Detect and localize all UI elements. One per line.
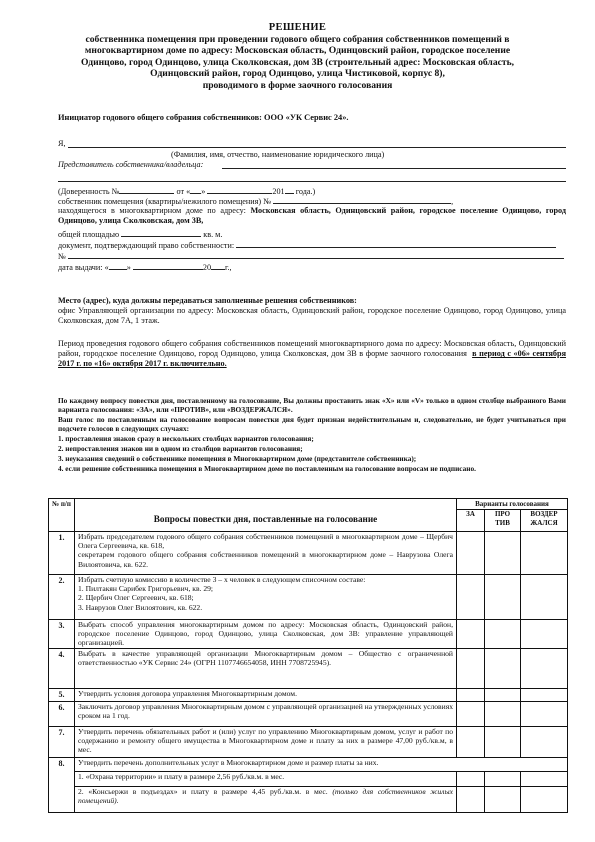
area-label: общей площадью [58,230,119,239]
proxy-year-field[interactable] [285,185,294,194]
issue-year-prefix: 20 [203,263,211,272]
vote-for-cell[interactable] [457,726,485,757]
document-field[interactable] [236,239,556,248]
row-number: 5. [49,688,75,701]
located-label: находящегося в многоквартирном доме по а… [58,206,246,215]
issue-date-line: дата выдачи: «» 20г., [58,261,232,273]
document-title: РЕШЕНИЕ [40,22,555,34]
invalid-case: 1. проставления знаков сразу в нескольки… [58,434,566,443]
period-text: Период проведения годового общего собран… [58,339,566,369]
decision-form-page: РЕШЕНИЕ собственника помещения при прове… [0,0,595,842]
issue-day-field[interactable] [109,261,127,270]
vote-abstain-cell[interactable] [521,575,568,620]
table-row: 4. Выбрать в качестве управляющей органи… [49,648,568,688]
commission-member: 2. Щербич Олег Сергеевич, кв. 618; [78,593,453,602]
table-row: 7. Утвердить перечень обязательных работ… [49,726,568,757]
vote-abstain-cell[interactable] [521,771,568,786]
vote-for-cell[interactable] [457,771,485,786]
owner-name-field[interactable] [68,147,566,148]
commission-member: 1. Пилтакян Сарибек Григорьевич, кв. 29; [78,584,453,593]
document-number-field[interactable] [68,250,564,259]
question-text: секретарем годового общего собрания собс… [78,550,453,568]
table-row: 6. Заключить договор управления Многоква… [49,701,568,726]
document-label: документ, подтверждающий право собственн… [58,241,234,250]
invalid-case: 4. если решение собственника помещения в… [58,464,566,473]
table-row: 3. Выбрать способ управления многокварти… [49,620,568,649]
vote-against-cell[interactable] [485,620,521,649]
row-number: 2. [49,575,75,620]
vote-against-cell[interactable] [485,648,521,688]
vote-for-cell[interactable] [457,575,485,620]
row-question: Выбрать в качестве управляющей организац… [75,648,457,688]
vote-against-cell[interactable] [485,771,521,786]
vote-against-cell[interactable] [485,701,521,726]
row-number: 3. [49,620,75,649]
table-row: 1. Избрать председателем годового общего… [49,532,568,575]
vote-against-cell[interactable] [485,726,521,757]
col-question-header: Вопросы повестки дня, поставленные на го… [75,499,457,532]
submission-text: офис Управляющей организации по адресу: … [58,306,566,326]
col-options-header: Варианты голосования [457,499,568,510]
table-row: 5. Утвердить условия договора управления… [49,688,568,701]
vote-abstain-cell[interactable] [521,786,568,812]
voting-table: № п/п Вопросы повестки дня, поставленные… [48,498,568,813]
row-question: Выбрать способ управления многоквартирны… [75,620,457,649]
issue-month-field[interactable] [133,261,203,270]
subtitle-line: Одинцовский район, город Одинцово, улица… [40,68,555,80]
vote-for-cell[interactable] [457,648,485,688]
area-unit: кв. м. [203,230,222,239]
table-header-row: № п/п Вопросы повестки дня, поставленные… [49,499,568,510]
quote: » [127,263,131,272]
vote-for-cell[interactable] [457,786,485,812]
vote-against-cell[interactable] [485,786,521,812]
table-row: 8. Утвердить перечень дополнительных усл… [49,757,568,771]
row-question: Заключить договор управления Многокварти… [75,701,457,726]
col-against-header: ПРО ТИВ [485,510,521,532]
issue-date-prefix: дата выдачи: « [58,263,109,272]
proxy-number-field[interactable] [119,185,174,194]
question-text: Избрать счетную комиссию в количестве 3 … [78,575,453,584]
row-number: 4. [49,648,75,688]
row-number: 1. [49,532,75,575]
instructions-invalid: Ваш голос по поставленным на голосование… [58,415,566,434]
vote-for-cell[interactable] [457,688,485,701]
vote-abstain-cell[interactable] [521,620,568,649]
invalid-case: 2. непроставления знаков ни в одном из с… [58,444,566,453]
representative-field-line2[interactable] [58,181,566,182]
premises-label: собственник помещения (квартиры/нежилого… [58,197,271,206]
premises-number-field[interactable] [273,195,451,204]
vote-abstain-cell[interactable] [521,701,568,726]
subtitle-line: проводимого в форме заочного голосования [40,80,555,92]
representative-field[interactable] [222,168,566,169]
representative-label: Представитель собственника/владельца: [58,160,203,170]
table-subrow: 1. «Охрана территории» и плату в размере… [49,771,568,786]
vote-abstain-cell[interactable] [521,726,568,757]
i-label: Я, [58,139,66,149]
vote-for-cell[interactable] [457,620,485,649]
submission-heading: Место (адрес), куда должны передаваться … [58,296,357,306]
subtitle-line: собственника помещения при проведении го… [40,34,555,46]
vote-abstain-cell[interactable] [521,532,568,575]
issue-year-field[interactable] [211,261,225,270]
subquestion: 2. «Консьержи в подъездах» и плату в раз… [75,786,457,812]
vote-for-cell[interactable] [457,532,485,575]
invalid-case: 3. неуказания сведений о собственнике по… [58,454,566,463]
instructions-intro: По каждому вопросу повестки дня, поставл… [58,396,566,415]
subquestion-text: 2. «Консьержи в подъездах» и плату в раз… [78,787,328,796]
vote-abstain-cell[interactable] [521,688,568,701]
table-row: 2. Избрать счетную комиссию в количестве… [49,575,568,620]
initiator: Инициатор годового общего собрания собст… [58,113,348,123]
vote-abstain-cell[interactable] [521,648,568,688]
row-question: Утвердить перечень обязательных работ и … [75,726,457,757]
row-number: 6. [49,701,75,726]
vote-for-cell[interactable] [457,701,485,726]
row-question: Утвердить условия договора управления Мн… [75,688,457,701]
col-num-header: № п/п [49,499,75,532]
commission-member: 3. Наврузов Олег Вилоятович, кв. 622. [78,603,453,612]
vote-against-cell[interactable] [485,575,521,620]
subtitle-line: Одинцово, город Одинцово, улица Сколковс… [40,57,555,69]
owner-name-hint: (Фамилия, имя, отчество, наименование юр… [171,150,384,160]
area-field[interactable] [121,228,201,237]
table-subrow: 2. «Консьержи в подъездах» и плату в раз… [49,786,568,812]
proxy-month-field[interactable] [207,185,272,194]
row-question: Избрать председателем годового общего со… [75,532,457,575]
number-label: № [58,252,66,261]
issue-date-suffix: г., [225,263,232,272]
col-abstain-header: ВОЗДЕР ЖАЛСЯ [521,510,568,532]
vote-against-cell[interactable] [485,688,521,701]
row-number: 7. [49,726,75,757]
subtitle-line: многоквартирном доме по адресу: Московск… [40,45,555,57]
question-text: Избрать председателем годового общего со… [78,532,453,550]
col-for-header: ЗА [457,510,485,532]
located-address: находящегося в многоквартирном доме по а… [58,206,566,226]
document-header: РЕШЕНИЕ собственника помещения при прове… [40,22,555,92]
subquestion: 1. «Охрана территории» и плату в размере… [75,771,457,786]
row-number: 8. [49,757,75,812]
row-question: Утвердить перечень дополнительных услуг … [75,757,568,771]
proxy-day-field[interactable] [190,185,201,194]
vote-against-cell[interactable] [485,532,521,575]
row-question: Избрать счетную комиссию в количестве 3 … [75,575,457,620]
